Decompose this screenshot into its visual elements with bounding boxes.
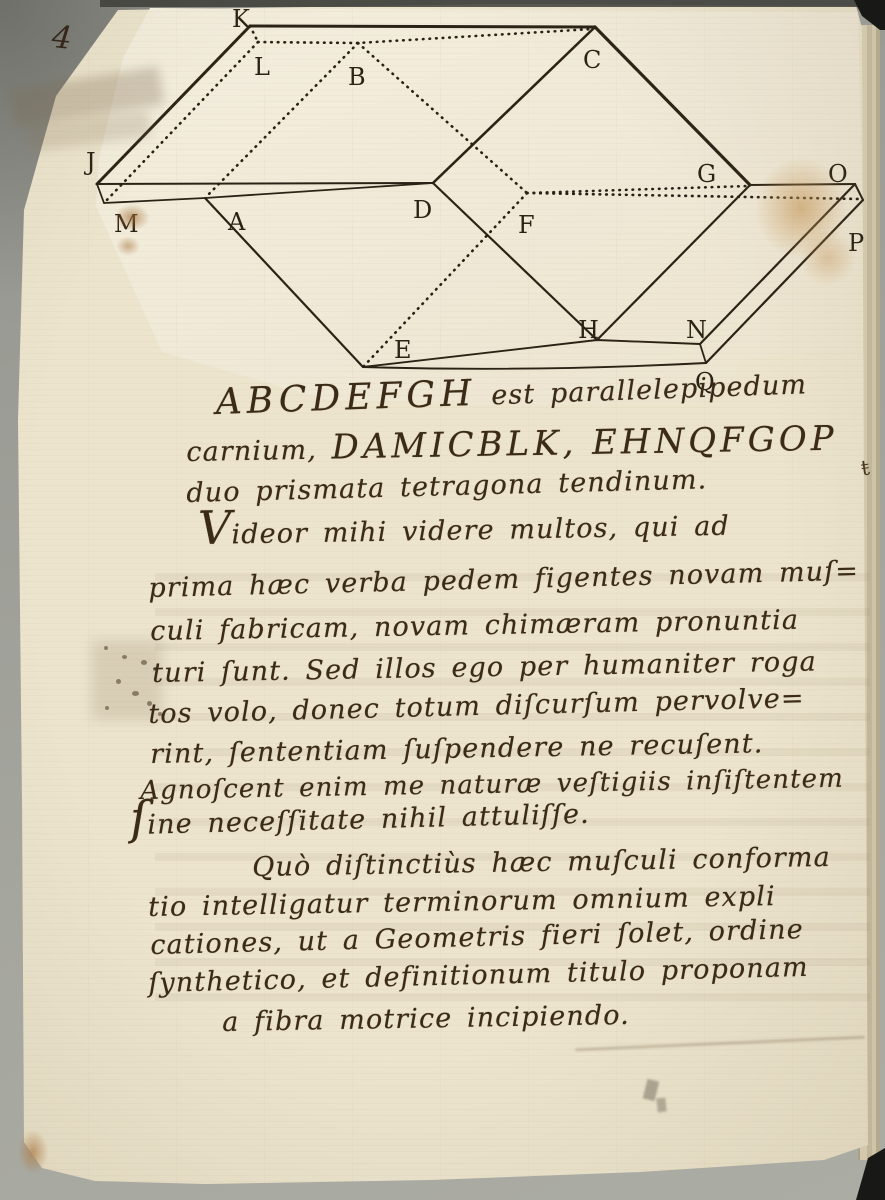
- swash-initial-long-s: ſ: [130, 791, 148, 845]
- ink-spatter-2: [122, 655, 127, 659]
- vertex-label-C: C: [583, 46, 601, 74]
- caption-figure-letters-2: DAMICBLK,: [331, 423, 578, 467]
- vertex-label-K: K: [232, 5, 251, 33]
- solid-edges: [97, 26, 863, 369]
- vertex-label-J: J: [83, 148, 96, 176]
- ink-spatter-5: [116, 679, 121, 684]
- ink-spatter-3: [141, 660, 147, 665]
- manuscript-scan: K L B C J M A D F G O P E H N Q: [0, 0, 885, 1200]
- vertex-label-G: G: [697, 160, 716, 188]
- vertex-label-P: P: [848, 229, 864, 257]
- vertex-label-N: N: [686, 316, 707, 344]
- caption-line-2-pre: carnium,: [186, 435, 317, 468]
- vertex-label-A: A: [227, 208, 246, 236]
- page-number: 4: [50, 19, 73, 57]
- vertex-label-B: B: [348, 63, 366, 91]
- vertex-label-D: D: [413, 196, 432, 224]
- ink-spatter-9: [105, 706, 109, 710]
- drop-initial-V: V: [198, 500, 232, 555]
- vertex-label-M: M: [114, 210, 139, 238]
- vertex-label-F: F: [518, 211, 535, 239]
- vertex-label-O: O: [828, 160, 848, 188]
- scan-top-edge: [100, 0, 860, 7]
- vertex-label-E: E: [394, 336, 412, 364]
- vertex-label-L: L: [254, 53, 270, 81]
- geometry-diagram: K L B C J M A D F G O P E H N Q: [0, 0, 885, 412]
- caption-figure-letters-3: EHNQFGOP: [592, 419, 838, 463]
- vertex-labels: K L B C J M A D F G O P E H N Q: [83, 5, 864, 396]
- vertex-label-H: H: [578, 316, 599, 344]
- ink-spatter-6: [132, 691, 139, 696]
